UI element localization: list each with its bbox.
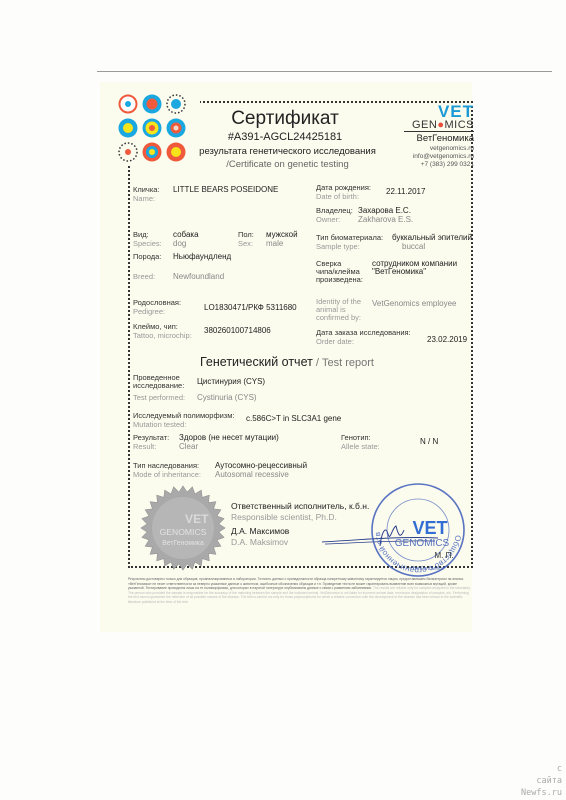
breed-value: Ньюфаундленд <box>173 252 231 261</box>
svg-text:VET: VET <box>412 518 447 538</box>
logo-dot-icon: ● <box>437 119 444 131</box>
name-label: Кличка: <box>133 185 160 194</box>
logo-name-ru: ВетГеномика <box>404 133 474 145</box>
watermark-line-2: сайта <box>536 776 562 786</box>
sample-label: Тип биоматериала: <box>316 233 383 242</box>
owner-value: Захарова Е.С. <box>358 206 411 215</box>
disclaimer-footnote: Результаты достоверны только для образцо… <box>128 577 473 605</box>
certificate-subtitle-ru: результата генетического исследования <box>195 146 380 157</box>
pedigree-label: Родословная: <box>133 298 181 307</box>
svg-text:GENOMICS: GENOMICS <box>395 538 450 549</box>
scientist-name-en: D.A. Maksimov <box>231 537 288 548</box>
genotype-value: N / N <box>420 437 438 446</box>
certificate-title: Сертификат <box>200 108 370 130</box>
inheritance-value-en: Autosomal recessive <box>215 470 289 479</box>
chip-label-en: Tattoo, microchip: <box>133 331 192 340</box>
identity-value-2: "ВетГеномика" <box>372 267 426 276</box>
svg-text:М. П.: М. П. <box>434 551 453 560</box>
certificate-subtitle-en: /Certificate on genetic testing <box>195 159 380 170</box>
vetgenomics-logo: VET GEN●MICS ВетГеномика vetgenomics.ru … <box>404 104 474 169</box>
owner-value-en: Zakharova E.S. <box>358 215 413 224</box>
species-label-en: Species: <box>133 239 162 248</box>
order-value: 23.02.2019 <box>427 335 467 344</box>
test-value: Цистинурия (CYS) <box>197 377 265 386</box>
sex-label-en: Sex: <box>238 239 253 248</box>
order-label-en: Order date: <box>316 337 354 346</box>
result-value-en: Clear <box>179 442 198 451</box>
scientist-role: Ответственный исполнитель, к.б.н. <box>231 501 369 512</box>
watermark-site: Newfs.ru <box>521 788 562 798</box>
logo-phone: +7 (383) 299 0321 <box>404 161 474 169</box>
name-value: LITTLE BEARS POSEIDONE <box>173 185 278 194</box>
watermark-line-1: с <box>557 764 562 774</box>
chip-value: 380260100714806 <box>204 326 271 335</box>
result-value: Здоров (не несет мутации) <box>179 433 279 442</box>
species-value-en: dog <box>173 239 186 248</box>
pedigree-label-en: Pedigree: <box>133 307 165 316</box>
breed-label: Порода: <box>133 252 161 261</box>
logo-vet-text: VET <box>404 104 474 120</box>
inheritance-label-en: Mode of inheritance: <box>133 470 201 479</box>
company-stamp-icon: Общество с ограниченной ответственностью… <box>368 480 468 580</box>
certificate-number: #A391-AGCL24425181 <box>200 131 370 143</box>
genotype-label: Генотип: <box>341 433 371 442</box>
sex-label: Пол: <box>238 230 254 239</box>
name-label-en: Name: <box>133 194 155 203</box>
test-label-en: Test performed: <box>133 393 185 402</box>
genotype-label-en: Allele state: <box>341 442 380 451</box>
sex-value: мужской <box>266 230 298 239</box>
sample-value-en: buccal <box>402 242 425 251</box>
scientist-name: Д.А. Максимов <box>231 526 289 537</box>
inheritance-value: Аутосомно-рецессивный <box>215 461 307 470</box>
dob-value: 22.11.2017 <box>386 187 425 196</box>
sample-value: буккальный эпителий <box>392 233 472 242</box>
identity-label-3: произведена: <box>316 275 363 284</box>
dob-label-en: Date of birth: <box>316 192 359 201</box>
identity-label-en-3: confirmed by: <box>316 313 361 322</box>
sex-value-en: male <box>266 239 283 248</box>
page-edge-line <box>97 71 552 72</box>
inheritance-label: Тип наследования: <box>133 461 199 470</box>
owner-label: Владелец: <box>316 206 353 215</box>
species-value: собака <box>173 230 199 239</box>
svg-text:GENOMICS: GENOMICS <box>160 527 207 537</box>
dob-label: Дата рождения: <box>316 183 371 192</box>
sample-label-en: Sample type: <box>316 242 360 251</box>
dots-logo-icon <box>116 92 188 164</box>
result-label: Результат: <box>133 433 169 442</box>
species-label: Вид: <box>133 230 149 239</box>
svg-text:ВетГеномика: ВетГеномика <box>162 540 204 547</box>
svg-text:"ВетГеномика": "ВетГеномика" <box>411 566 445 572</box>
mutation-value: c.586C>T in SLC3A1 gene <box>246 414 341 423</box>
pedigree-value: LO1830471/РКФ 5311680 <box>204 303 297 312</box>
test-label-2: исследование: <box>133 381 184 390</box>
logo-website: vetgenomics.ru <box>404 145 474 153</box>
test-value-en: Cystinuria (CYS) <box>197 393 257 402</box>
result-label-en: Result: <box>133 442 156 451</box>
order-label: Дата заказа исследования: <box>316 328 411 337</box>
identity-value-en: VetGenomics employee <box>372 299 457 308</box>
report-heading: Генетический отчет / Test report <box>200 355 430 369</box>
svg-text:VET: VET <box>185 512 209 526</box>
silver-seal-icon: VET GENOMICS ВетГеномика <box>140 485 226 571</box>
mutation-label: Исследуемый полиморфизм: <box>133 411 234 420</box>
chip-label: Клеймо, чип: <box>133 322 178 331</box>
owner-label-en: Owner: <box>316 215 340 224</box>
breed-value-en: Newfoundland <box>173 272 224 281</box>
logo-genomics-text: GEN●MICS <box>404 120 474 132</box>
mutation-label-en: Mutation tested: <box>133 420 186 429</box>
breed-label-en: Breed: <box>133 272 155 281</box>
logo-email: info@vetgenomics.ru <box>404 153 474 161</box>
